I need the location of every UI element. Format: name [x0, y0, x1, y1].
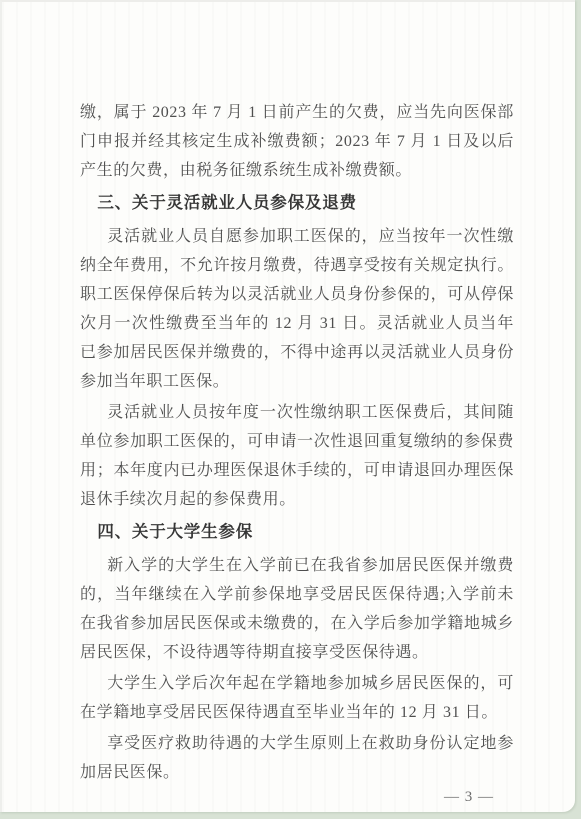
paragraph-flexible-employment-enrollment: 灵活就业人员自愿参加职工医保的，应当按年一次性缴纳全年费用，不允许按月缴费，待遇… — [80, 222, 514, 396]
paragraph-flexible-employment-refund: 灵活就业人员按年度一次性缴纳职工医保费后，其间随单位参加职工医保的，可申请一次性… — [80, 398, 514, 514]
paragraph-college-students-medical-assistance: 享受医疗救助待遇的大学生原则上在救助身份认定地参加居民医保。 — [80, 729, 514, 787]
scanned-document: 缴，属于 2023 年 7 月 1 日前产生的欠费，应当先向医保部门申报并经其核… — [0, 0, 581, 819]
section-heading-college-students: 四、关于大学生参保 — [80, 518, 514, 547]
paragraph-arrears-carryover: 缴，属于 2023 年 7 月 1 日前产生的欠费，应当先向医保部门申报并经其核… — [80, 98, 514, 185]
section-heading-flexible-employment: 三、关于灵活就业人员参保及退费 — [80, 189, 514, 218]
page-number: — 3 — — [80, 789, 514, 806]
paragraph-college-students-benefits: 大学生入学后次年起在学籍地参加城乡居民医保的，可在学籍地享受居民医保待遇直至毕业… — [80, 669, 514, 727]
document-body: 缴，属于 2023 年 7 月 1 日前产生的欠费，应当先向医保部门申报并经其核… — [2, 2, 575, 812]
paragraph-college-students-new-enrollment: 新入学的大学生在入学前已在我省参加居民医保并缴费的，当年继续在入学前参保地享受居… — [80, 551, 514, 667]
document-page: 缴，属于 2023 年 7 月 1 日前产生的欠费，应当先向医保部门申报并经其核… — [0, 0, 575, 812]
